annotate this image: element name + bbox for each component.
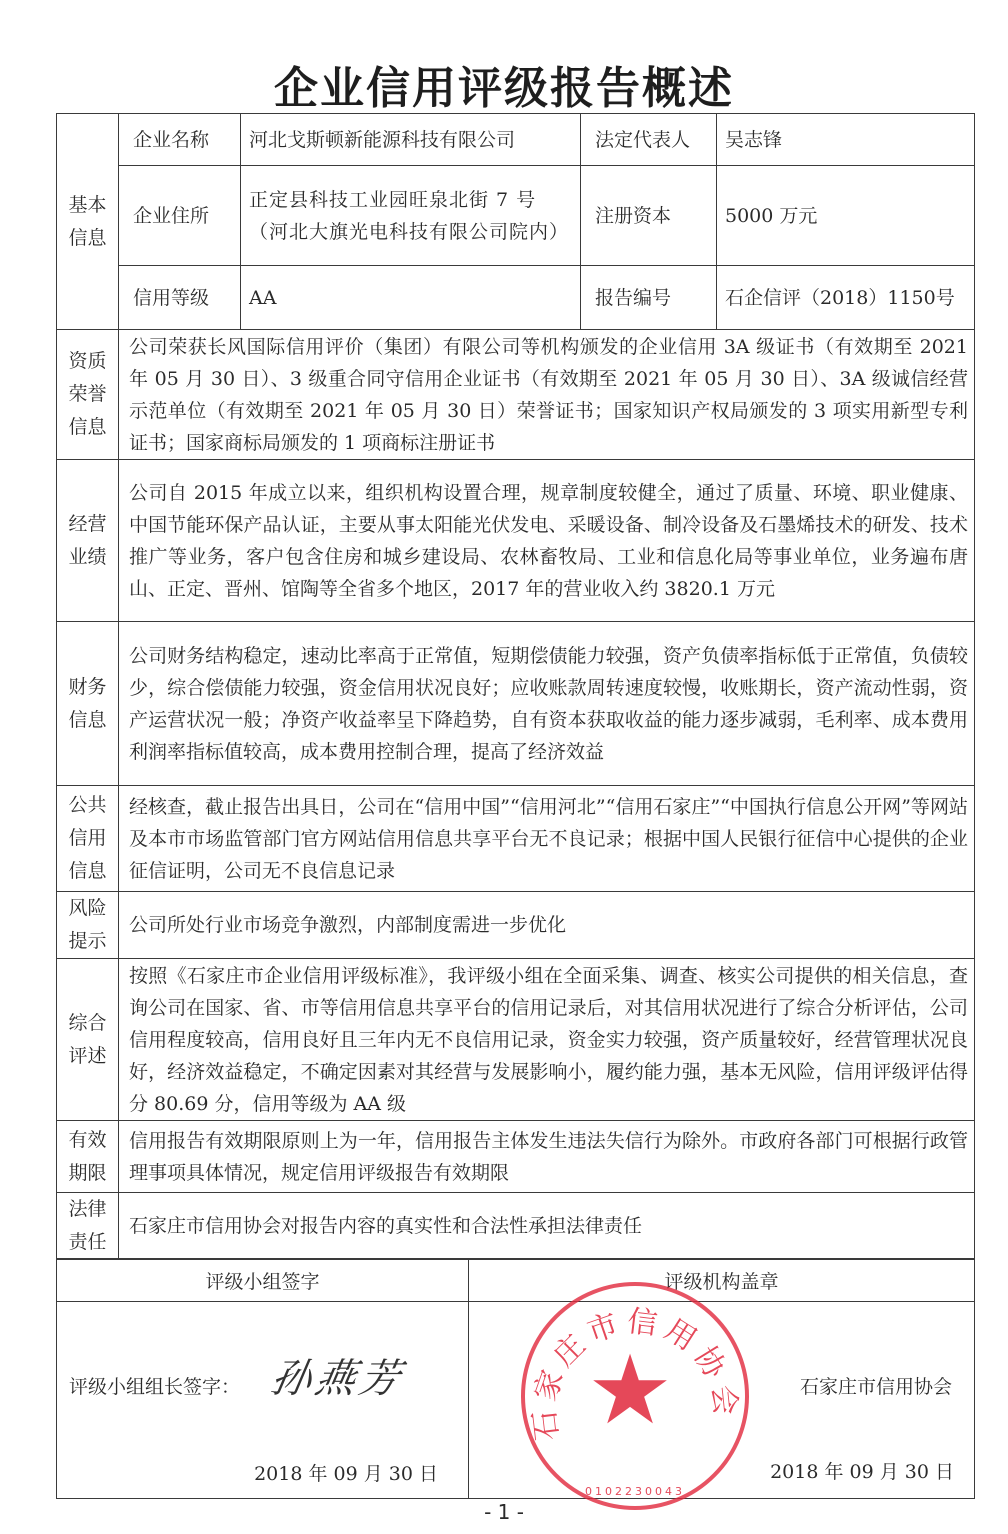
address-label: 企业住所 bbox=[119, 166, 241, 266]
capital-label: 注册资本 bbox=[581, 166, 717, 266]
document-title: 企业信用评级报告概述 bbox=[0, 52, 1008, 116]
credit-grade-label: 信用等级 bbox=[119, 266, 241, 330]
row-address: 企业住所 正定县科技工业园旺泉北街 7 号（河北大旗光电科技有限公司院内） 注册… bbox=[57, 166, 975, 266]
address-value: 正定县科技工业园旺泉北街 7 号（河北大旗光电科技有限公司院内） bbox=[241, 166, 581, 266]
page-number: - 1 - bbox=[0, 1500, 1008, 1524]
section-label-basic-info: 基本信息 bbox=[57, 114, 119, 330]
row-company-name: 基本信息 企业名称 河北戈斯顿新能源科技有限公司 法定代表人 吴志锋 bbox=[57, 114, 975, 166]
risk-warning-text: 公司所处行业市场竞争激烈，内部制度需进一步优化 bbox=[119, 892, 975, 959]
overall-assessment-text: 按照《石家庄市企业信用评级标准》，我评级小组在全面采集、调查、核实公司提供的相关… bbox=[119, 959, 975, 1121]
section-label-public-credit: 公共信用信息 bbox=[57, 786, 119, 892]
team-signature-cell: 评级小组组长签字： 孙燕芳 2018 年 09 月 30 日 bbox=[57, 1302, 469, 1499]
team-signature-date: 2018 年 09 月 30 日 bbox=[254, 1459, 438, 1486]
org-seal-cell: 石家庄市信用协会 ★ 0102230043 石家庄市信用协会 2018 年 09… bbox=[469, 1302, 975, 1499]
rating-org-name: 石家庄市信用协会 bbox=[800, 1372, 952, 1399]
capital-value: 5000 万元 bbox=[717, 166, 975, 266]
report-summary-table: 基本信息 企业名称 河北戈斯顿新能源科技有限公司 法定代表人 吴志锋 企业住所 … bbox=[56, 113, 975, 1260]
row-validity-period: 有效期限 信用报告有效期限原则上为一年，信用报告主体发生违法失信行为除外。市政府… bbox=[57, 1121, 975, 1193]
row-risk-warning: 风险提示 公司所处行业市场竞争激烈，内部制度需进一步优化 bbox=[57, 892, 975, 959]
section-label-legal-liability: 法律责任 bbox=[57, 1193, 119, 1260]
row-legal-liability: 法律责任 石家庄市信用协会对报告内容的真实性和合法性承担法律责任 bbox=[57, 1193, 975, 1260]
team-signature-header: 评级小组签字 bbox=[57, 1259, 469, 1302]
row-overall-assessment: 综合评述 按照《石家庄市企业信用评级标准》，我评级小组在全面采集、调查、核实公司… bbox=[57, 959, 975, 1121]
public-credit-text: 经核查，截止报告出具日，公司在“信用中国”“信用河北”“信用石家庄”“中国执行信… bbox=[119, 786, 975, 892]
row-qualifications: 资质荣誉信息 公司荣获长风国际信用评价（集团）有限公司等机构颁发的企业信用 3A… bbox=[57, 330, 975, 460]
legal-rep-value: 吴志锋 bbox=[717, 114, 975, 166]
section-label-financial-info: 财务信息 bbox=[57, 622, 119, 786]
report-no-label: 报告编号 bbox=[581, 266, 717, 330]
section-label-qualifications: 资质荣誉信息 bbox=[57, 330, 119, 460]
qualifications-text: 公司荣获长风国际信用评价（集团）有限公司等机构颁发的企业信用 3A 级证书（有效… bbox=[119, 330, 975, 460]
section-label-overall-assessment: 综合评述 bbox=[57, 959, 119, 1121]
section-label-business-performance: 经营业绩 bbox=[57, 460, 119, 622]
org-seal-date: 2018 年 09 月 30 日 bbox=[770, 1457, 954, 1484]
section-label-risk-warning: 风险提示 bbox=[57, 892, 119, 959]
validity-period-text: 信用报告有效期限原则上为一年，信用报告主体发生违法失信行为除外。市政府各部门可根… bbox=[119, 1121, 975, 1193]
company-name-label: 企业名称 bbox=[119, 114, 241, 166]
legal-rep-label: 法定代表人 bbox=[581, 114, 717, 166]
business-performance-text: 公司自 2015 年成立以来，组织机构设置合理，规章制度较健全，通过了质量、环境… bbox=[119, 460, 975, 622]
company-name-value: 河北戈斯顿新能源科技有限公司 bbox=[241, 114, 581, 166]
legal-liability-text: 石家庄市信用协会对报告内容的真实性和合法性承担法律责任 bbox=[119, 1193, 975, 1260]
seal-star-icon: ★ bbox=[587, 1342, 673, 1438]
leader-signature-label: 评级小组组长签字： bbox=[69, 1372, 240, 1399]
signature-table: 评级小组签字 评级机构盖章 评级小组组长签字： 孙燕芳 2018 年 09 月 … bbox=[56, 1258, 975, 1499]
official-seal-stamp: 石家庄市信用协会 ★ 0102230043 bbox=[521, 1282, 749, 1510]
row-financial-info: 财务信息 公司财务结构稳定，速动比率高于正常值，短期偿债能力较强，资产负债率指标… bbox=[57, 622, 975, 786]
handwritten-signature: 孙燕芳 bbox=[267, 1347, 409, 1404]
section-label-validity-period: 有效期限 bbox=[57, 1121, 119, 1193]
seal-serial-number: 0102230043 bbox=[585, 1485, 685, 1498]
report-no-value: 石企信评（2018）1150号 bbox=[717, 266, 975, 330]
financial-info-text: 公司财务结构稳定，速动比率高于正常值，短期偿债能力较强，资产负债率指标低于正常值… bbox=[119, 622, 975, 786]
row-credit-grade: 信用等级 AA 报告编号 石企信评（2018）1150号 bbox=[57, 266, 975, 330]
credit-grade-value: AA bbox=[241, 266, 581, 330]
row-public-credit: 公共信用信息 经核查，截止报告出具日，公司在“信用中国”“信用河北”“信用石家庄… bbox=[57, 786, 975, 892]
row-business-performance: 经营业绩 公司自 2015 年成立以来，组织机构设置合理，规章制度较健全，通过了… bbox=[57, 460, 975, 622]
